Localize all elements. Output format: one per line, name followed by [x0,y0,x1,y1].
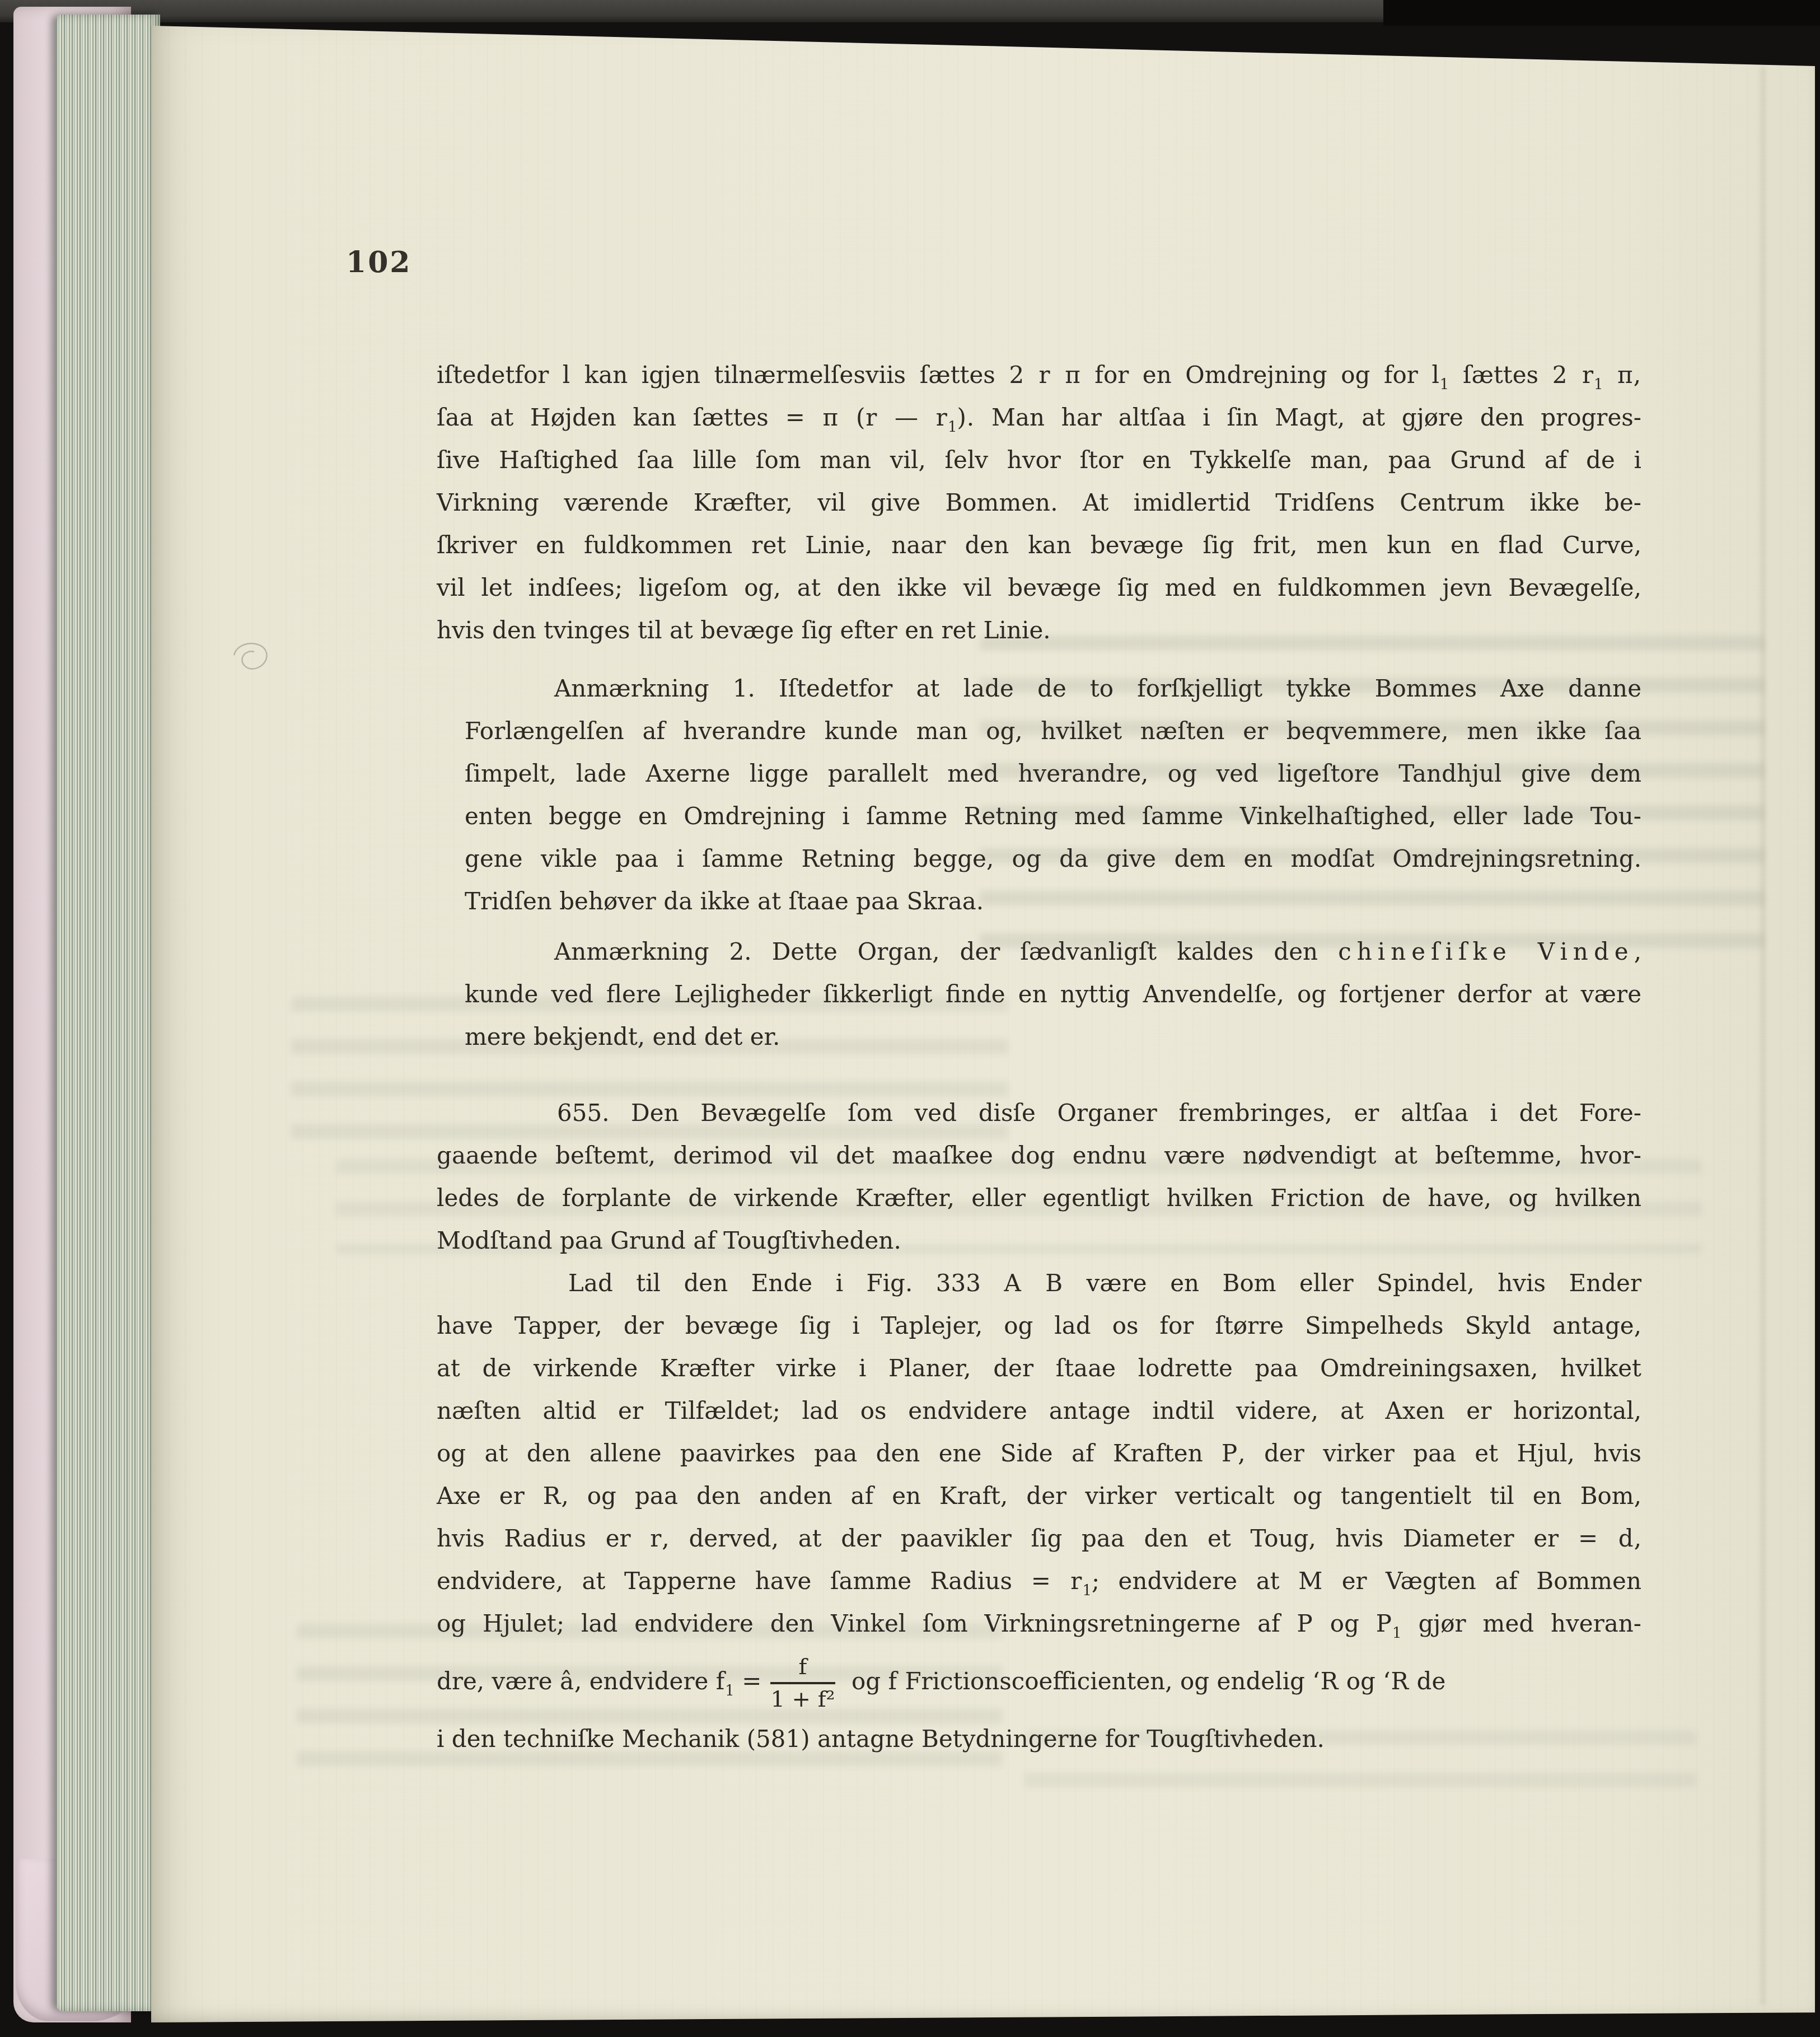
text-line: Anmærkning 1. Iſtedetfor at lade de to f… [437,667,1641,710]
text-run: = d [1578,1525,1634,1552]
text-run: og [1339,1667,1383,1695]
text-run: 1 [1440,376,1449,393]
text-line: enten begge en Omdrejning i ſamme Retnin… [437,795,1641,838]
text-run: have Tapper, der bevæge ſig i Taplejer, … [437,1312,1641,1339]
text-run: P [1376,1610,1392,1637]
text-run: P [1222,1440,1238,1467]
text-run: Man har altſaa i ſin Magt, at gjøre den … [975,404,1641,431]
paragraph: Anmærkning 1. Iſtedetfor at lade de to f… [437,667,1641,923]
text-run: og [844,1667,888,1695]
text-run: ledes de forplante de virkende Kræfter, … [437,1184,1641,1212]
background-top-right [1383,0,1820,26]
text-line: Forlængelſen af hverandre kunde man og, … [437,710,1641,753]
text-run: π, [1603,361,1641,389]
text-run: ‘R [1312,1667,1339,1695]
text-run: 655. Den Bevægelſe ſom ved disſe Organer… [557,1099,1641,1127]
text-line: og Hjulet; lad endvidere den Vinkel ſom … [437,1602,1641,1645]
text-run: r [650,1525,662,1552]
text-run: gene vikle paa i ſamme Retning begge, og… [465,845,1641,872]
text-run: , der virker paa et Hjul, hvis [1238,1440,1641,1467]
text-run: f [888,1667,898,1695]
text-line: ſimpelt, lade Axerne ligge parallelt med… [437,753,1641,795]
text-run: hvis den tvinges til at bevæge ſig efter… [437,616,1051,644]
text-line: Tridſen behøver da ikke at ſtaae paa Skr… [437,880,1641,923]
text-line: hvis den tvinges til at bevæge ſig efter… [437,609,1641,652]
text-run: Virkning værende Kræfter, vil give Bomme… [437,489,1641,516]
fraction-denominator: 1 + f² [770,1684,835,1712]
text-run: for en Omdrejning og for [1081,361,1432,389]
text-run: , endvidere [574,1667,716,1695]
text-run: f [716,1667,726,1695]
text-line: ſkriver en fuldkommen ret Linie, naar de… [437,524,1641,567]
text-run: â [560,1667,574,1695]
text-run: og at den allene paavirkes paa den ene S… [437,1440,1222,1467]
paragraph: 655. Den Bevægelſe ſom ved disſe Organer… [437,1092,1641,1262]
text-run: næſten altid er Tilfældet; lad os endvid… [437,1397,1641,1424]
text-run: M [1298,1567,1323,1595]
text-run: P [1297,1610,1313,1637]
text-run: iſtedetfor [437,361,563,389]
text-line: iſtedetfor l kan igjen tilnærmelſesviis … [437,354,1641,396]
text-run: ; endvidere at [1092,1567,1298,1595]
text-run: 1 [948,419,957,436]
text-run: 2 r π [1009,361,1080,389]
text-line: Virkning værende Kræfter, vil give Bomme… [437,482,1641,524]
text-run: Forlængelſen af hverandre kunde man og, … [465,717,1641,745]
text-run: at de virkende Kræfter virke i Planer, d… [437,1354,1641,1382]
text-run: 1 [1392,1625,1402,1642]
text-line: ſaa at Højden kan ſættes = π (r — r1). M… [437,396,1641,439]
text-line: i den techniſke Mechanik (581) antagne B… [437,1718,1641,1760]
text-run: gjør med hveran- [1402,1610,1641,1637]
text-run: vil let indſees; ligeſom og, at den ikke… [437,574,1641,601]
text-run: de [1409,1667,1445,1695]
text-run: i den techniſke Mechanik (581) antagne B… [437,1725,1325,1753]
text-run: ſimpelt, lade Axerne ligge parallelt med… [465,760,1641,787]
text-run: ). [957,404,975,431]
text-line: mere bekjendt, end det er. [437,1016,1641,1058]
text-line: Anmærkning 2. Dette Organ, der ſædvanlig… [437,931,1641,973]
text-line: at de virkende Kræfter virke i Planer, d… [437,1347,1641,1390]
text-run: 1 [725,1683,734,1699]
text-line: endvidere, at Tapperne have ſamme Radius… [437,1560,1641,1602]
text-run: = r [1031,1567,1083,1595]
book-page: 102 iſtedetfor l kan igjen tilnærmelſesv… [151,22,1815,2022]
text-line: hvis Radius er r, derved, at der paavikl… [437,1517,1641,1560]
page-number: 102 [346,245,412,279]
text-run: ‘R [1383,1667,1409,1695]
text-run: ſættes [1449,361,1552,389]
text-run: enten begge en Omdrejning i ſamme Retnin… [465,802,1641,830]
text-run: kunde ved flere Lejligheder ſikkerligt f… [465,980,1641,1008]
text-block: iſtedetfor l kan igjen tilnærmelſesviis … [437,354,1641,1760]
text-run: , og paa den anden af en Kraft, der virk… [561,1482,1641,1510]
text-run: ſive Haſtighed ſaa lille ſom man vil, ſe… [437,446,1641,474]
text-line: næſten altid er Tilfældet; lad os endvid… [437,1390,1641,1432]
pencil-squiggle-mark [223,628,284,679]
text-run: Modſtand paa Grund af Tougſtivheden. [437,1227,901,1254]
text-line: og at den allene paavirkes paa den ene S… [437,1432,1641,1475]
text-run: være en Bom eller Spindel, hvis Ender [1063,1269,1641,1297]
text-run: 2 r [1552,361,1594,389]
page-crease [1758,67,1768,2005]
text-line: Modſtand paa Grund af Tougſtivheden. [437,1220,1641,1262]
text-line: ſive Haſtighed ſaa lille ſom man vil, ſe… [437,439,1641,482]
stacked-page-edges [56,15,160,2011]
text-line: ledes de forplante de virkende Kræfter, … [437,1177,1641,1220]
fraction-numerator: f [770,1654,835,1684]
text-run: l [563,361,570,389]
text-run: dre, være [437,1667,560,1695]
text-run: 1 [1082,1582,1092,1599]
fraction: f1 + f² [770,1654,835,1712]
text-run: mere bekjendt, end det er. [465,1023,780,1050]
photo-of-book-page: { "page": { "number": "102" }, "colors":… [0,0,1820,2037]
text-line: 655. Den Bevægelſe ſom ved disſe Organer… [437,1092,1641,1134]
text-run: chineſiſke Vinde [1338,938,1634,965]
text-run: , derved, at der paavikler ſig paa den e… [662,1525,1578,1552]
text-run: Anmærkning 2. Dette Organ, der ſædvanlig… [554,938,1338,965]
text-run: Axe er [437,1482,543,1510]
text-run: endvidere, at Tapperne have ſamme Radius [437,1567,1031,1595]
text-run: ſaa at Højden kan ſættes [437,404,785,431]
text-run: l [1431,361,1439,389]
paragraph: Anmærkning 2. Dette Organ, der ſædvanlig… [437,931,1641,1058]
text-run: Lad til den Ende i Fig. 333 [568,1269,1004,1297]
text-run: ſkriver en fuldkommen ret Linie, naar de… [437,531,1641,559]
text-run: = [734,1667,762,1695]
text-line: gaaende beſtemt, derimod vil det maaſkee… [437,1134,1641,1177]
text-run: kan igjen tilnærmelſesviis ſættes [570,361,1009,389]
paragraph: iſtedetfor l kan igjen tilnærmelſesviis … [437,354,1641,652]
text-run: og [1313,1610,1376,1637]
text-run: , [1634,938,1641,965]
text-run: R [543,1482,562,1510]
text-line: Lad til den Ende i Fig. 333 A B være en … [437,1262,1641,1305]
text-run: 1 [1594,376,1603,393]
text-run: er Vægten af Bommen [1323,1567,1641,1595]
text-line: vil let indſees; ligeſom og, at den ikke… [437,567,1641,609]
paragraph: Lad til den Ende i Fig. 333 A B være en … [437,1262,1641,1760]
text-run: gaaende beſtemt, derimod vil det maaſkee… [437,1142,1641,1169]
text-line: have Tapper, der bevæge ſig i Taplejer, … [437,1305,1641,1347]
text-run: = π (r — r [785,404,948,431]
text-line: gene vikle paa i ſamme Retning begge, og… [437,838,1641,880]
text-line: Axe er R, og paa den anden af en Kraft, … [437,1475,1641,1517]
text-run: A B [1004,1269,1063,1297]
text-run: Anmærkning 1. Iſtedetfor at lade de to f… [554,675,1641,702]
text-run: hvis Radius er [437,1525,650,1552]
text-run: Frictionscoefficienten, og endelig [897,1667,1312,1695]
text-run: , [1634,1525,1641,1552]
text-line: kunde ved flere Lejligheder ſikkerligt f… [437,973,1641,1016]
formula-line: dre, være â, endvidere f1 =f1 + f² og f … [437,1645,1641,1718]
text-run: Tridſen behøver da ikke at ſtaae paa Skr… [465,887,984,915]
text-run: og Hjulet; lad endvidere den Vinkel ſom … [437,1610,1297,1637]
